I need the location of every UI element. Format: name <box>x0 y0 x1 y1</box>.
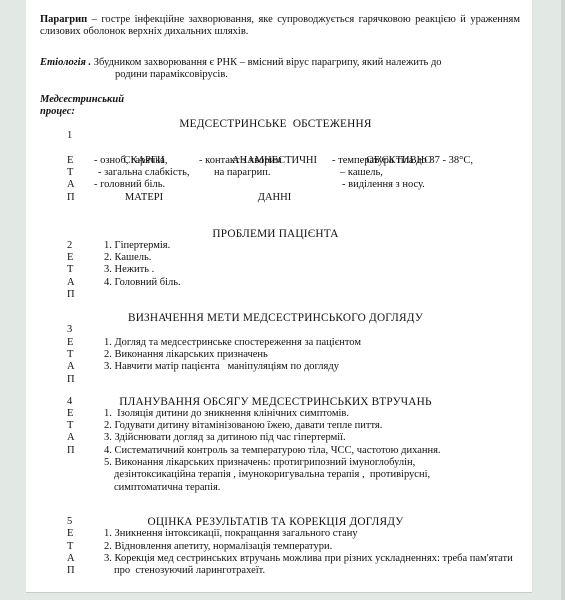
etap-letter: Е <box>67 528 83 540</box>
stage-2-title: ПРОБЛЕМИ ПАЦІЄНТА <box>40 228 521 240</box>
line-spacer <box>104 324 521 336</box>
list-item: 2. Відновлення апетиту, нормалізація тем… <box>104 541 521 553</box>
nursing-process-line1: Медсестринський <box>40 94 521 106</box>
list-item: 5. Виконання лікарських призначень: прот… <box>104 457 478 494</box>
document-page: Парагрип – гостре інфекційне захворюванн… <box>26 0 532 592</box>
etiology-text-line1: Збудником захворювання є РНК – вмісний в… <box>91 57 441 68</box>
list-item: 3. Корекція мед сестринських втручань мо… <box>104 553 521 578</box>
gutter-blank <box>67 142 83 154</box>
stage-number: 1 <box>67 130 83 142</box>
etiology-label: Етіологія . <box>40 57 91 68</box>
column-complaints: СКАРГИ МАТЕРІ - озноб, гарячка, - загаль… <box>89 130 199 191</box>
list-item: на парагрип. <box>199 167 332 179</box>
stage-4-gutter: Е Т А П <box>67 408 83 457</box>
etap-letter: Е <box>67 252 83 264</box>
list-item: 1. Догляд та медсестринське спостереженн… <box>104 337 521 349</box>
etap-letter: А <box>67 553 83 565</box>
list-item: - головний біль. <box>89 179 199 191</box>
etap-letter: Е <box>67 408 83 420</box>
stage-5-gutter: Е Т А П <box>67 528 83 577</box>
list-item: - виділення з носу. <box>332 179 516 191</box>
stage-3-title: ВИЗНАЧЕННЯ МЕТИ МЕДСЕСТРИНСЬКОГО ДОГЛЯДУ <box>40 312 521 324</box>
stage-4-planning: 4 ПЛАНУВАННЯ ОБСЯГУ МЕДСЕСТРИНСЬКИХ ВТРУ… <box>40 396 521 494</box>
assessment-table: СКАРГИ МАТЕРІ - озноб, гарячка, - загаль… <box>89 130 521 191</box>
etiology-text-line2: родини параміксовірусів. <box>115 69 521 81</box>
stage-5-evaluation: 5 ОЦІНКА РЕЗУЛЬТАТІВ ТА КОРЕКЦІЯ ДОГЛЯДУ… <box>40 516 521 577</box>
stage-4-items: 1. Ізоляція дитини до зникнення клінічни… <box>104 408 521 494</box>
window-edge-strip <box>561 0 565 600</box>
etap-letter: Т <box>67 420 83 432</box>
list-item: 2. Годувати дитину вітамінізованою їжею,… <box>104 420 521 432</box>
list-item: 3. Навчити матір пацієнта маніпуляціям п… <box>104 361 521 373</box>
stage-number: 2 <box>67 240 83 252</box>
definition-text: – гостре інфекційне захворювання, яке су… <box>40 14 523 37</box>
stage-2-items: 1. Гіпертермія. 2. Кашель. 3. Нежить . 4… <box>104 240 521 289</box>
stage-2-problems: ПРОБЛЕМИ ПАЦІЄНТА 2 Е Т А П 1. Гіпертерм… <box>40 228 521 289</box>
list-item: – кашель, <box>332 167 516 179</box>
stage-3-gutter: 3 Е Т А П <box>67 324 83 385</box>
nursing-process-label: Медсестринський процес: <box>40 94 521 119</box>
list-item: 1. Зникнення інтоксикації, покращання за… <box>104 528 521 540</box>
etiology-paragraph: Етіологія . Збудником захворювання є РНК… <box>40 57 521 82</box>
list-item: - температура тіла до 37 - 38°С, <box>332 155 516 167</box>
etap-letter: А <box>67 277 83 289</box>
etap-letter: А <box>67 179 83 191</box>
stage-1-title: МЕДСЕСТРИНСЬКЕ ОБСТЕЖЕННЯ <box>40 118 521 130</box>
stage-number: 5 <box>67 516 72 528</box>
list-item: 1. Ізоляція дитини до зникнення клінічни… <box>104 408 521 420</box>
etap-letter: П <box>67 289 83 301</box>
column-header-complaints: СКАРГИ МАТЕРІ <box>89 130 199 155</box>
stage-number: 4 <box>67 396 72 408</box>
etap-letter: Т <box>67 264 83 276</box>
list-item: 4. Головний біль. <box>104 277 521 289</box>
column-header-objective: ОБ'ЄКТИВНО <box>332 130 516 155</box>
stage-1-gutter: 1 Е Т А П <box>67 130 83 204</box>
etap-letter: А <box>67 432 83 444</box>
term-paragrip: Парагрип <box>40 14 87 25</box>
list-item: - озноб, гарячка, <box>89 155 199 167</box>
stage-3-items: 1. Догляд та медсестринське спостереженн… <box>104 324 521 373</box>
list-item: - загальна слабкість, <box>89 167 199 179</box>
column-objective: ОБ'ЄКТИВНО - температура тіла до 37 - 38… <box>332 130 516 191</box>
list-item: 3. Здійснювати догляд за дитиною під час… <box>104 432 521 444</box>
list-item: 2. Виконання лікарських призначень <box>104 349 521 361</box>
etap-letter: Е <box>67 155 83 167</box>
desktop-canvas: { "colors": { "canvas": "#e2e8e3", "page… <box>0 0 565 600</box>
etap-letter: П <box>67 374 83 386</box>
etap-letter: Е <box>67 337 83 349</box>
etap-letter: П <box>67 445 83 457</box>
column-anamnesis: АНАМНЕСТИЧНІ ДАННІ - контакт з хворим на… <box>199 130 332 191</box>
stage-3-goals: ВИЗНАЧЕННЯ МЕТИ МЕДСЕСТРИНСЬКОГО ДОГЛЯДУ… <box>40 312 521 373</box>
definition-paragraph: Парагрип – гостре інфекційне захворюванн… <box>40 14 520 39</box>
stage-4-title: ПЛАНУВАННЯ ОБСЯГУ МЕДСЕСТРИНСЬКИХ ВТРУЧА… <box>40 396 521 408</box>
etap-letter: Т <box>67 541 83 553</box>
etap-letter: А <box>67 361 83 373</box>
etap-letter: Т <box>67 167 83 179</box>
list-item: 2. Кашель. <box>104 252 521 264</box>
stage-5-title: ОЦІНКА РЕЗУЛЬТАТІВ ТА КОРЕКЦІЯ ДОГЛЯДУ <box>40 516 521 528</box>
stage-number: 3 <box>67 324 83 336</box>
stage-2-gutter: 2 Е Т А П <box>67 240 83 301</box>
etap-letter: Т <box>67 349 83 361</box>
stage-5-items: 1. Зникнення інтоксикації, покращання за… <box>104 528 521 577</box>
column-header-anamnesis: АНАМНЕСТИЧНІ ДАННІ <box>199 130 332 155</box>
list-item: 3. Нежить . <box>104 264 521 276</box>
etap-letter: П <box>67 192 83 204</box>
stage-1-assessment: МЕДСЕСТРИНСЬКЕ ОБСТЕЖЕННЯ 1 Е Т А П СКАР… <box>40 118 521 192</box>
list-item: 4. Систематичний контроль за температуро… <box>104 445 521 457</box>
list-item: 1. Гіпертермія. <box>104 240 521 252</box>
etap-letter: П <box>67 565 83 577</box>
